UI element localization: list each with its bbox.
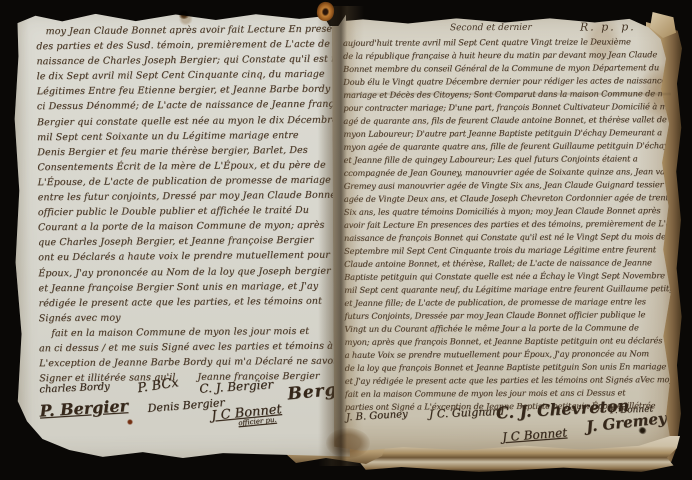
right-page-header: Second et dernier R. p. p.: [332, 15, 678, 17]
manuscript-line: et J'ay rédigée le present acte que les …: [345, 373, 679, 388]
signature-p-bergier: P. Bergier: [39, 396, 129, 420]
right-page: Second et dernier R. p. p. aujourd'huit …: [332, 15, 680, 451]
signature-guignard: J C. Guignard: [429, 405, 505, 421]
paper-crease: [345, 92, 671, 96]
left-page-text: moy Jean Claude Bonnet après avoir fait …: [36, 22, 351, 391]
page-heading: Second et dernier: [450, 23, 532, 33]
signature-gouney: J. B. Gouney: [346, 409, 408, 424]
signature-jc-bonnet-right: J C Bonnet: [502, 425, 568, 444]
archival-document-scan: moy Jean Claude Bonnet après avoir fait …: [0, 0, 692, 480]
signature-charles-bordy: charles Bordy: [39, 381, 110, 395]
manuscript-line: Bergier qui constate quelle est née au m…: [37, 112, 349, 130]
left-page: moy Jean Claude Bonnet après avoir fait …: [12, 9, 350, 460]
manuscript-line: rédigée le present acte que les parties,…: [39, 293, 351, 311]
corner-mark: R. p. p.: [580, 20, 636, 33]
